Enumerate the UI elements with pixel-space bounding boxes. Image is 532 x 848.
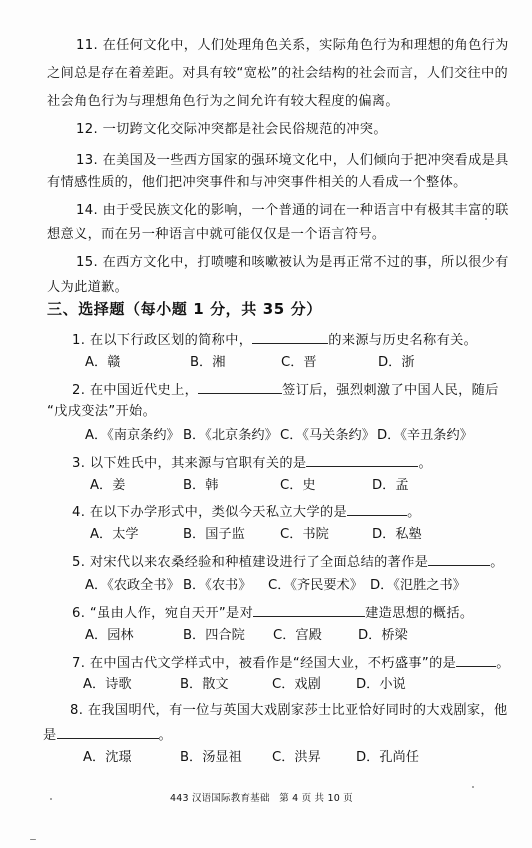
option-d: D．《氾胜之书》 — [370, 578, 466, 594]
option-b: B．湘 — [190, 355, 225, 371]
scan-speck — [485, 218, 487, 220]
answer-blank — [252, 331, 328, 344]
option-d: D．桥梁 — [358, 628, 408, 644]
answer-blank — [198, 381, 282, 394]
option-a: A．太学 — [90, 527, 139, 543]
mc-question-2-continuation: “戊戌变法”开始。 — [47, 404, 156, 420]
option-b: B．韩 — [183, 478, 218, 494]
option-c: C．戏剧 — [272, 677, 321, 693]
tf-item-14-line-2: 想意义，而在另一种语言中就可能仅仅是一个语言符号。 — [47, 227, 385, 243]
mc-question-8: 8. 在我国明代，有一位与英国大戏剧家莎士比亚恰好同时的大戏剧家，他 — [70, 703, 508, 719]
section-heading: 三、选择题（每小题 1 分，共 35 分） — [47, 301, 322, 317]
option-d: D．孟 — [372, 478, 409, 494]
option-c: C．宫殿 — [273, 628, 322, 644]
option-b: B．国子监 — [183, 527, 245, 543]
option-d: D．孔尚任 — [356, 750, 419, 766]
mc-question-2: 2. 在中国近代史上，签订后，强烈刺激了中国人民，随后 — [72, 381, 499, 399]
tf-item-15-line-2: 人为此道歉。 — [47, 280, 128, 296]
answer-blank — [347, 503, 407, 516]
option-c: C．晋 — [281, 355, 317, 371]
answer-blank — [253, 604, 365, 617]
option-a: A．姜 — [90, 478, 125, 494]
item-number: 15. — [76, 255, 98, 270]
mc-question-6: 6. “虽由人作，宛自天开”是对建造思想的概括。 — [72, 604, 473, 622]
exam-page: 11. 在任何文化中，人们处理角色关系，实际角色行为和理想的角色行为 之间总是存… — [0, 0, 532, 848]
option-d: D．《辛丑条约》 — [377, 428, 473, 444]
option-c: C．史 — [280, 478, 316, 494]
option-d: D．浙 — [378, 355, 415, 371]
mc-question-4: 4. 在以下办学形式中，类似今天私立大学的是。 — [72, 503, 421, 521]
option-d: D．小说 — [356, 677, 406, 693]
option-b: B．散文 — [180, 677, 229, 693]
option-c: C．《齐民要术》 — [268, 578, 363, 594]
option-a: A．园林 — [85, 628, 134, 644]
tf-item-11-line-3: 社会角色行为与理想角色行为之间允许有较大程度的偏离。 — [47, 94, 399, 110]
tf-item-12: 12. 一切跨文化交际冲突都是社会民俗规范的冲突。 — [76, 122, 387, 138]
answer-blank — [57, 726, 159, 739]
option-b: B．汤显祖 — [180, 750, 242, 766]
item-number: 11. — [76, 38, 98, 53]
scan-speck — [472, 786, 474, 788]
option-b: B．《北京条约》 — [183, 428, 278, 444]
option-b: B．《农书》 — [183, 578, 251, 594]
option-a: A．《农政全书》 — [85, 578, 180, 594]
scan-speck — [50, 798, 52, 800]
item-number: 14. — [76, 203, 98, 218]
item-number: 13. — [76, 153, 98, 168]
answer-blank — [306, 454, 418, 467]
option-c: C．书院 — [280, 527, 329, 543]
option-c: C．洪昇 — [272, 750, 321, 766]
tf-item-13-line-1: 13. 在美国及一些西方国家的强环境文化中，人们倾向于把冲突看成是具 — [76, 153, 509, 169]
item-number: 12. — [76, 122, 98, 137]
mc-question-8-continuation: 是。 — [43, 726, 172, 744]
option-b: B．四合院 — [183, 628, 245, 644]
tf-item-13-line-2: 有情感性质的，他们把冲突事件和与冲突事件相关的人看成一个整体。 — [47, 175, 467, 191]
tf-item-11-line-1: 11. 在任何文化中，人们处理角色关系，实际角色行为和理想的角色行为 — [76, 38, 509, 54]
mc-question-5: 5. 对宋代以来农桑经验和种植建设进行了全面总结的著作是。 — [72, 553, 504, 571]
option-a: A．沈璟 — [83, 750, 132, 766]
option-a: A．诗歌 — [83, 677, 132, 693]
answer-blank — [428, 553, 490, 566]
tf-item-11-line-2: 之间总是存在着差距。对具有较“宽松”的社会结构的社会而言，人们交往中的 — [47, 66, 508, 82]
scan-speck — [30, 839, 36, 840]
mc-question-3: 3. 以下姓氏中，其来源与官职有关的是。 — [72, 454, 432, 472]
tf-item-15-line-1: 15. 在西方文化中，打喷嚏和咳嗽被认为是再正常不过的事，所以很少有 — [76, 255, 509, 271]
mc-question-7: 7. 在中国古代文学样式中，被看作是“经国大业，不朽盛事”的是。 — [72, 654, 510, 672]
page-footer: 443 汉语国际教育基础 第 4 页 共 10 页 — [170, 790, 353, 804]
option-c: C．《马关条约》 — [280, 428, 375, 444]
option-a: A．《南京条约》 — [85, 428, 180, 444]
tf-item-14-line-1: 14. 由于受民族文化的影响，一个普通的词在一种语言中有极其丰富的联 — [76, 203, 509, 219]
option-a: A．赣 — [85, 355, 120, 371]
answer-blank — [456, 654, 496, 667]
option-d: D．私塾 — [372, 527, 422, 543]
mc-question-1: 1. 在以下行政区划的简称中，的来源与历史名称有关。 — [72, 331, 477, 349]
